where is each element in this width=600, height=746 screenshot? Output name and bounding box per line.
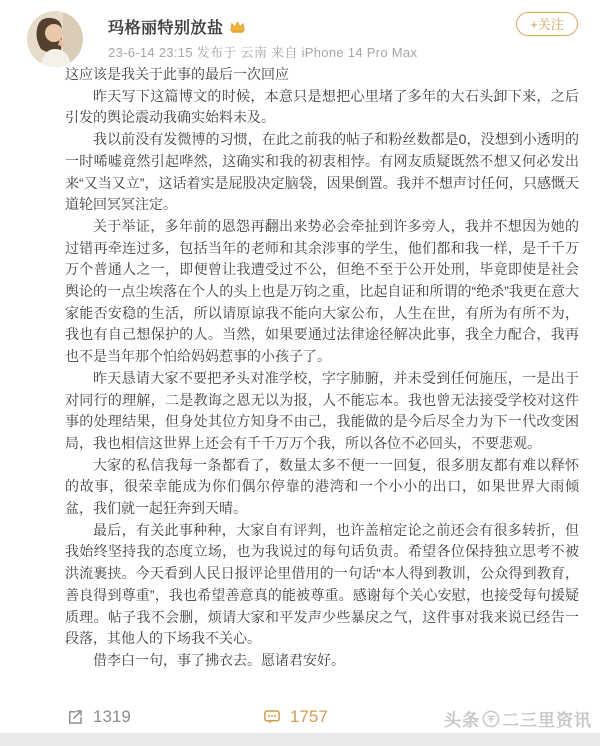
- avatar-photo: [27, 11, 83, 67]
- crown-icon: [229, 19, 246, 34]
- watermark-source: 二三里资讯: [502, 706, 592, 731]
- comment-action[interactable]: 1757: [263, 707, 328, 727]
- post-paragraph: 我以前没有发微博的习惯，在此之前我的帖子和粉丝数都是0，没想到小透明的一时唏嘘竟…: [65, 129, 579, 216]
- watermark: 头条 二三里资讯: [444, 706, 592, 731]
- avatar[interactable]: [27, 11, 83, 67]
- post-paragraph: 大家的私信我每一条都看了，数量太多不便一一回复，很多朋友都有难以释怀的故事，很荣…: [65, 455, 579, 520]
- follow-button[interactable]: +关注: [516, 12, 578, 36]
- post-meta: 23-6-14 23:15 发布于 云南 来自 iPhone 14 Pro Ma…: [108, 42, 417, 61]
- post-paragraph: 这应该是我关于此事的最后一次回应: [65, 64, 579, 86]
- bottom-strip: [0, 733, 600, 746]
- post-paragraph: 关于举证，多年前的恩怨再翻出来势必会牵扯到许多旁人，我并不想因为她的过错再牵连过…: [65, 216, 579, 368]
- post-paragraph: 昨天写下这篇博文的时候，本意只是想把心里堵了多年的大石头卸下来，之后引发的舆论震…: [65, 86, 579, 129]
- share-action[interactable]: 1319: [66, 707, 131, 727]
- post-paragraph: 借李白一句，事了拂衣去。愿诸君安好。: [65, 650, 579, 672]
- watermark-brand: 头条: [444, 706, 480, 731]
- username-row: 玛格丽特别放盐: [108, 15, 246, 38]
- comment-count: 1757: [290, 707, 328, 727]
- comment-icon: [263, 708, 281, 726]
- post-paragraph: 最后，有关此事种种，大家自有评判，也许盖棺定论之前还会有很多转折，但我始终坚持我…: [65, 520, 579, 650]
- post-content: 这应该是我关于此事的最后一次回应 昨天写下这篇博文的时候，本意只是想把心里堵了多…: [65, 64, 579, 672]
- share-count: 1319: [93, 707, 131, 727]
- share-icon: [66, 708, 84, 726]
- post-paragraph: 昨天恳请大家不要把矛头对准学校，字字肺腑，并未受到任何施压，一是出于对同行的理解…: [65, 368, 579, 455]
- post-page: { "header": { "username": "玛格丽特别放盐", "ba…: [0, 0, 600, 746]
- username[interactable]: 玛格丽特别放盐: [108, 15, 224, 38]
- toutiao-logo-icon: [482, 710, 500, 728]
